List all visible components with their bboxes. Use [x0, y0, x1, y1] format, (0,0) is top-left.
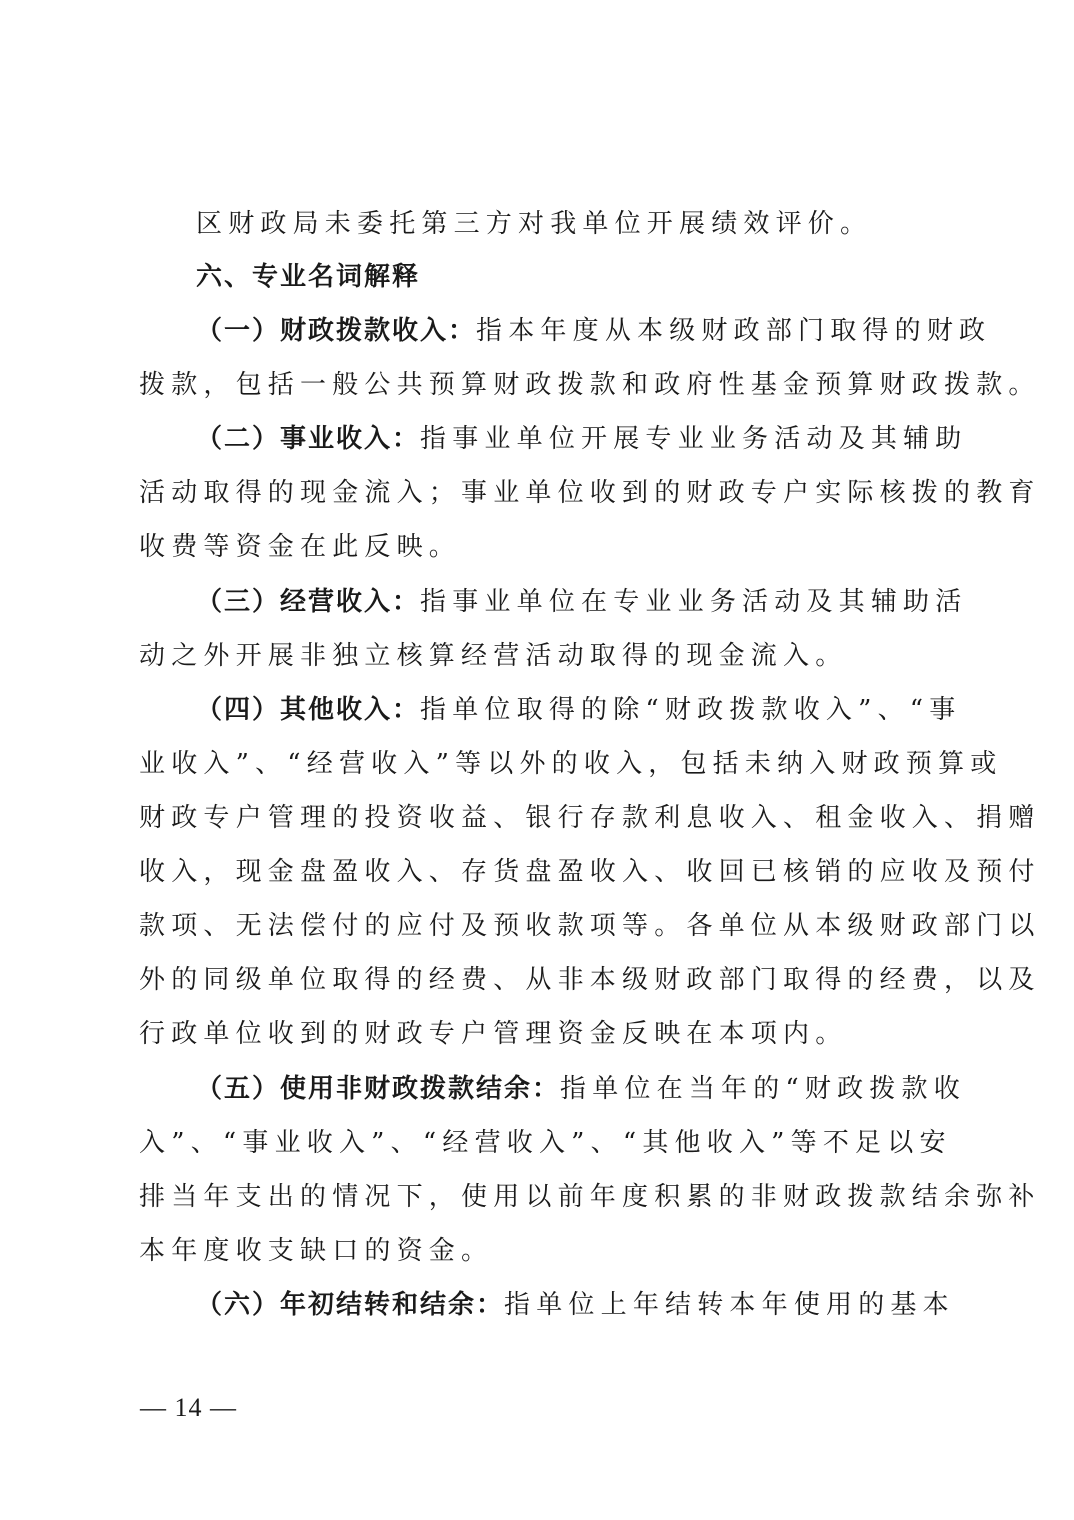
term-definition-line: （一）财政拨款收入：指本年度从本级财政部门取得的财政 [196, 316, 996, 346]
term-text: 指单位在当年的“财政拨款收 [560, 1074, 966, 1104]
page-number: — 14 — [140, 1393, 237, 1423]
paragraph-line: 活动取得的现金流入；事业单位收到的财政专户实际核拨的教育 [139, 478, 939, 508]
term-text: 指单位取得的除“财政拨款收入”、“事 [420, 695, 961, 725]
term-label: （四）其他收入： [196, 695, 420, 725]
paragraph-line: 区财政局未委托第三方对我单位开展绩效评价。 [196, 209, 996, 239]
term-label: （二）事业收入： [196, 424, 420, 454]
term-text: 指事业单位开展专业业务活动及其辅助 [420, 424, 967, 454]
term-definition-line: （五）使用非财政拨款结余：指单位在当年的“财政拨款收 [196, 1074, 996, 1104]
term-label: （三）经营收入： [196, 587, 420, 617]
paragraph-line: 本年度收支缺口的资金。 [139, 1236, 939, 1266]
paragraph-line: 业收入”、“经营收入”等以外的收入，包括未纳入财政预算或 [139, 749, 939, 779]
paragraph-line: 款项、无法偿付的应付及预收款项等。各单位从本级财政部门以 [139, 911, 939, 941]
paragraph-line: 收费等资金在此反映。 [139, 532, 939, 562]
term-text: 指单位上年结转本年使用的基本 [504, 1290, 955, 1320]
paragraph-line: 收入，现金盘盈收入、存货盘盈收入、收回已核销的应收及预付 [139, 857, 939, 887]
paragraph-line: 拨款，包括一般公共预算财政拨款和政府性基金预算财政拨款。 [139, 370, 939, 400]
term-text: 指事业单位在专业业务活动及其辅助活 [420, 587, 967, 617]
section-heading: 六、专业名词解释 [196, 262, 996, 292]
paragraph-line: 动之外开展非独立核算经营活动取得的现金流入。 [139, 641, 939, 671]
term-text: 指本年度从本级财政部门取得的财政 [476, 316, 991, 346]
term-label: （六）年初结转和结余： [196, 1290, 504, 1320]
paragraph-line: 外的同级单位取得的经费、从非本级财政部门取得的经费，以及 [139, 965, 939, 995]
term-definition-line: （四）其他收入：指单位取得的除“财政拨款收入”、“事 [196, 695, 996, 725]
term-label: （一）财政拨款收入： [196, 316, 476, 346]
paragraph-line: 入”、“事业收入”、“经营收入”、“其他收入”等不足以安 [139, 1128, 939, 1158]
term-definition-line: （六）年初结转和结余：指单位上年结转本年使用的基本 [196, 1290, 996, 1320]
document-page: 区财政局未委托第三方对我单位开展绩效评价。 六、专业名词解释 （一）财政拨款收入… [0, 0, 1074, 1520]
term-label: （五）使用非财政拨款结余： [196, 1074, 560, 1104]
paragraph-line: 行政单位收到的财政专户管理资金反映在本项内。 [139, 1019, 939, 1049]
term-definition-line: （二）事业收入：指事业单位开展专业业务活动及其辅助 [196, 424, 996, 454]
term-definition-line: （三）经营收入：指事业单位在专业业务活动及其辅助活 [196, 587, 996, 617]
paragraph-line: 财政专户管理的投资收益、银行存款利息收入、租金收入、捐赠 [139, 803, 939, 833]
paragraph-line: 排当年支出的情况下，使用以前年度积累的非财政拨款结余弥补 [139, 1182, 939, 1212]
